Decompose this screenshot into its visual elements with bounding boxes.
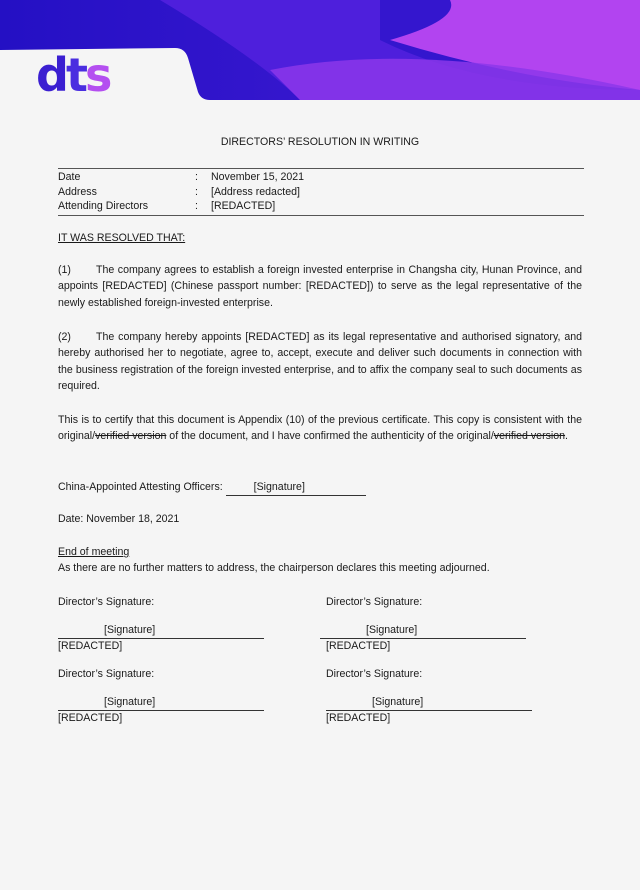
dts-logo: dts bbox=[36, 52, 109, 98]
end-of-meeting-text: As there are no further matters to addre… bbox=[58, 560, 582, 576]
attesting-date: Date: November 18, 2021 bbox=[58, 511, 582, 527]
header-banner: dts bbox=[0, 0, 640, 104]
director-signature-block: Director’s Signature: [Signature] [REDAC… bbox=[58, 667, 278, 725]
end-of-meeting-heading: End of meeting bbox=[58, 544, 582, 560]
clause-1: (1)The company agrees to establish a for… bbox=[58, 262, 582, 311]
attesting-signature-field: [Signature] bbox=[226, 479, 366, 496]
certification-paragraph: This is to certify that this document is… bbox=[58, 412, 582, 445]
signature-line: [Signature] bbox=[326, 695, 532, 711]
clause-2: (2)The company hereby appoints [REDACTED… bbox=[58, 329, 582, 395]
meta-row-date: Date:November 15, 2021 bbox=[58, 170, 584, 185]
meta-row-attending-directors: Attending Directors:[REDACTED] bbox=[58, 199, 584, 214]
signature-line: [Signature] bbox=[320, 623, 526, 639]
resolved-heading: IT WAS RESOLVED THAT: bbox=[58, 230, 582, 246]
director-signature-block: Director’s Signature: [Signature] [REDAC… bbox=[326, 595, 546, 653]
document-title: DIRECTORS’ RESOLUTION IN WRITING bbox=[0, 136, 640, 148]
attesting-officers-line: China-Appointed Attesting Officers: [Sig… bbox=[58, 479, 582, 496]
director-signature-block: Director’s Signature: [Signature] [REDAC… bbox=[326, 667, 546, 725]
director-signature-block: Director’s Signature: [Signature] [REDAC… bbox=[58, 595, 278, 653]
meta-row-address: Address:[Address redacted] bbox=[58, 185, 584, 200]
signature-line: [Signature] bbox=[58, 695, 264, 711]
signature-line: [Signature] bbox=[58, 623, 264, 639]
meta-table: Date:November 15, 2021 Address:[Address … bbox=[58, 168, 584, 216]
